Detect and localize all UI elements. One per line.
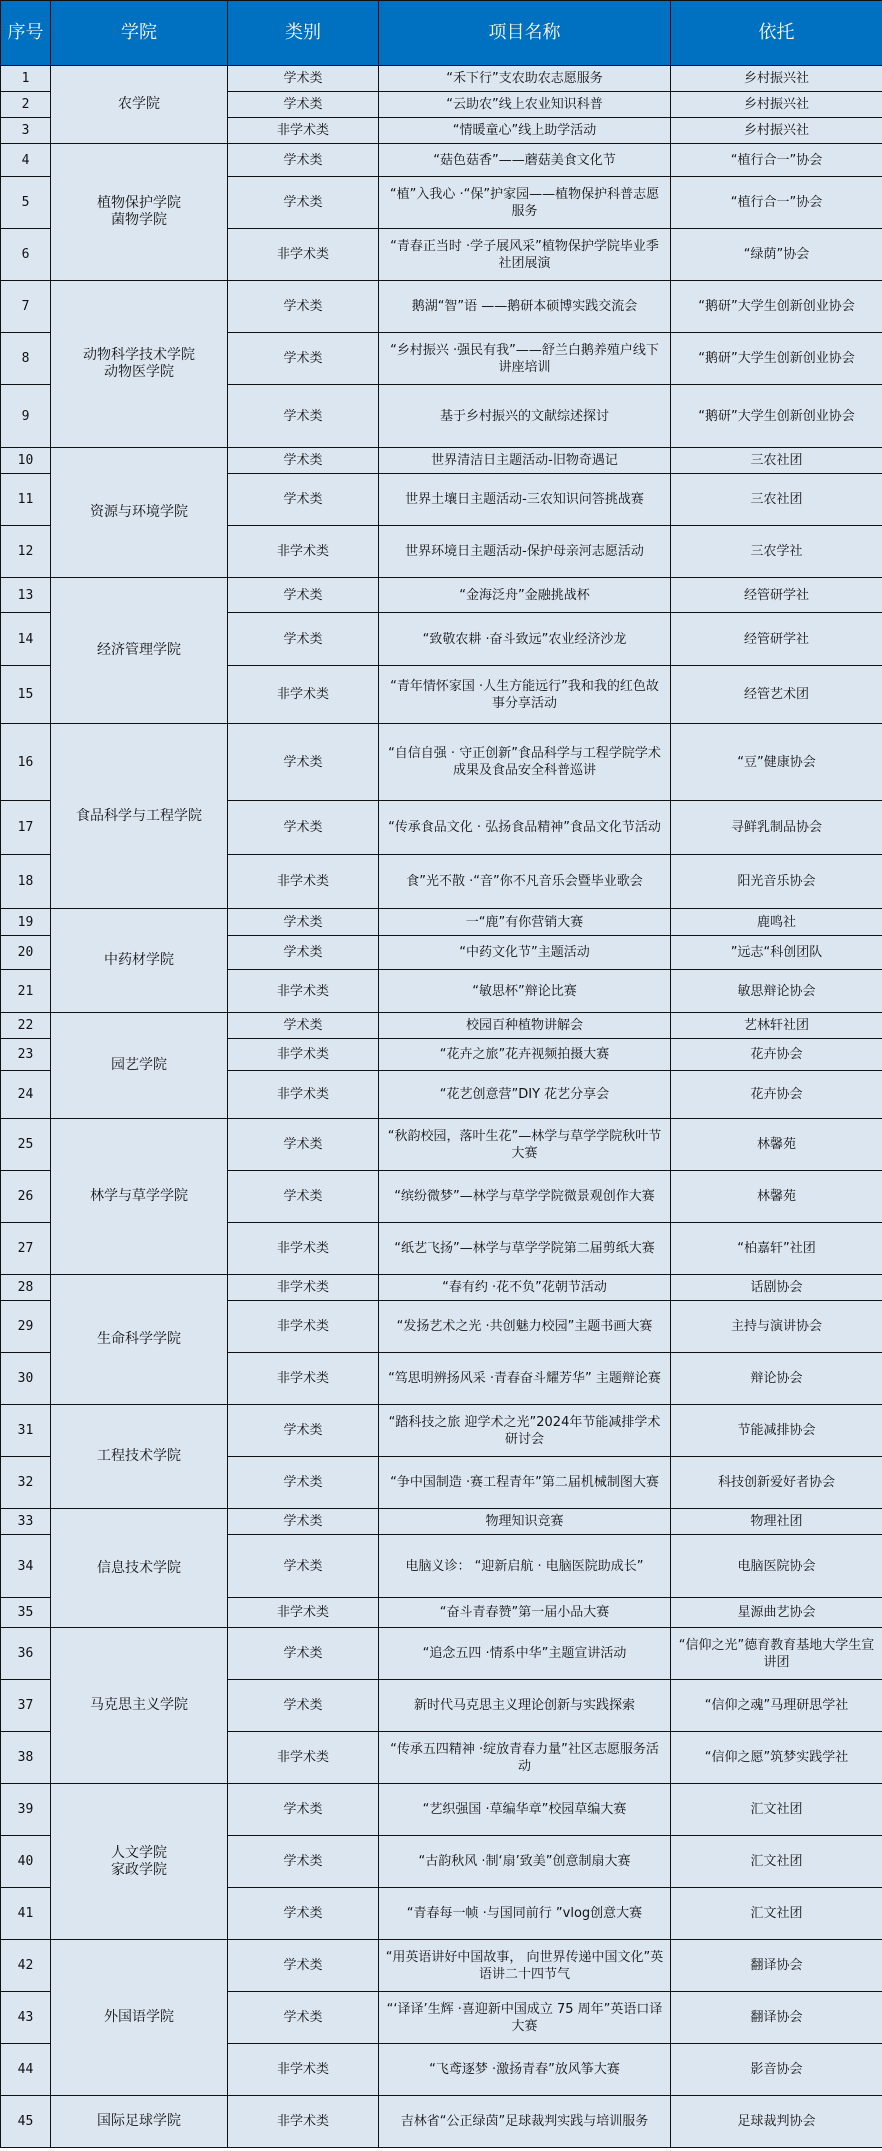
row-index: 24 (1, 1071, 51, 1119)
project-name-cell: 食”光不散 ·“音”你不凡音乐会暨毕业歌会 (379, 855, 671, 909)
college-name-line: 信息技术学院 (57, 1560, 221, 1577)
project-name-cell: 基于乡村振兴的文献综述探讨 (379, 385, 671, 448)
organization-cell: 汇文社团 (671, 1888, 882, 1940)
organization-cell: 阳光音乐协会 (671, 855, 882, 909)
organization-cell: 经管艺术团 (671, 666, 882, 724)
category-cell: 学术类 (228, 1680, 379, 1732)
category-cell: 学术类 (228, 144, 379, 177)
category-cell: 学术类 (228, 177, 379, 229)
table-row: 36马克思主义学院学术类“追念五四 ·情系中华”主题宣讲活动“信仰之光”德育教育… (1, 1628, 882, 1680)
row-index: 15 (1, 666, 51, 724)
organization-cell: 林馨苑 (671, 1119, 882, 1171)
college-cell: 工程技术学院 (51, 1405, 228, 1509)
organization-cell: 节能减排协会 (671, 1405, 882, 1457)
table-row: 16食品科学与工程学院学术类“自信自强 · 守正创新”食品科学与工程学院学术成果… (1, 724, 882, 801)
row-index: 1 (1, 66, 51, 92)
category-cell: 学术类 (228, 474, 379, 526)
row-index: 41 (1, 1888, 51, 1940)
organization-cell: 电脑医院协会 (671, 1535, 882, 1598)
row-index: 6 (1, 229, 51, 281)
college-name-line: 马克思主义学院 (57, 1697, 221, 1714)
category-cell: 学术类 (228, 578, 379, 613)
row-index: 29 (1, 1301, 51, 1353)
organization-cell: 三农社团 (671, 474, 882, 526)
category-cell: 非学术类 (228, 855, 379, 909)
organization-cell: “鹅研”大学生创新创业协会 (671, 333, 882, 385)
college-name-line: 食品科学与工程学院 (57, 808, 221, 825)
row-index: 30 (1, 1353, 51, 1405)
project-name-cell: “传承五四精神 ·绽放青春力量”社区志愿服务活动 (379, 1732, 671, 1784)
project-name-cell: “缤纷微梦”—林学与草学学院微景观创作大赛 (379, 1171, 671, 1223)
organization-cell: 汇文社团 (671, 1836, 882, 1888)
category-cell: 学术类 (228, 92, 379, 118)
row-index: 9 (1, 385, 51, 448)
project-name-cell: “金海泛舟”金融挑战杯 (379, 578, 671, 613)
category-cell: 非学术类 (228, 2096, 379, 2148)
row-index: 23 (1, 1039, 51, 1071)
organization-cell: 影音协会 (671, 2044, 882, 2096)
project-name-cell: “争中国制造 ·赛工程青年”第二届机械制图大赛 (379, 1457, 671, 1509)
row-index: 35 (1, 1598, 51, 1628)
college-name-line: 经济管理学院 (57, 642, 221, 659)
organization-cell: 花卉协会 (671, 1039, 882, 1071)
organization-cell: “植行合一”协会 (671, 177, 882, 229)
organization-cell: 经管研学社 (671, 613, 882, 666)
organization-cell: 话剧协会 (671, 1275, 882, 1301)
row-index: 36 (1, 1628, 51, 1680)
project-name-cell: 校园百种植物讲解会 (379, 1013, 671, 1039)
college-name-line: 工程技术学院 (57, 1448, 221, 1465)
category-cell: 学术类 (228, 724, 379, 801)
row-index: 22 (1, 1013, 51, 1039)
college-name-line: 外国语学院 (57, 2009, 221, 2026)
project-name-cell: 世界清洁日主题活动-旧物奇遇记 (379, 448, 671, 474)
organization-cell: 敏思辩论协会 (671, 970, 882, 1013)
table-row: 39人文学院家政学院学术类“艺织强国 ·草编华章”校园草编大赛汇文社团 (1, 1784, 882, 1836)
project-name-cell: “花卉之旅”花卉视频拍摄大赛 (379, 1039, 671, 1071)
organization-cell: 乡村振兴社 (671, 66, 882, 92)
college-name-line: 菌物学院 (57, 212, 221, 229)
college-name-line: 家政学院 (57, 1862, 221, 1879)
category-cell: 非学术类 (228, 666, 379, 724)
organization-cell: “柏嘉轩”社团 (671, 1223, 882, 1275)
category-cell: 学术类 (228, 281, 379, 333)
project-name-cell: “情暖童心”线上助学活动 (379, 118, 671, 144)
project-name-cell: “青春每一帧 ·与国同前行 ”vlog创意大赛 (379, 1888, 671, 1940)
organization-cell: “信仰之愿”筑梦实践学社 (671, 1732, 882, 1784)
college-cell: 外国语学院 (51, 1940, 228, 2096)
category-cell: 学术类 (228, 1509, 379, 1535)
college-cell: 人文学院家政学院 (51, 1784, 228, 1940)
project-name-cell: “纸艺飞扬”—林学与草学学院第二届剪纸大赛 (379, 1223, 671, 1275)
project-name-cell: 吉林省“公正绿茵”足球裁判实践与培训服务 (379, 2096, 671, 2148)
organization-cell: 辩论协会 (671, 1353, 882, 1405)
project-name-cell: 一“鹿”有你营销大赛 (379, 909, 671, 936)
organization-cell: 物理社团 (671, 1509, 882, 1535)
project-name-cell: “中药文化节”主题活动 (379, 936, 671, 970)
college-name-line: 中药材学院 (57, 952, 221, 969)
organization-cell: 鹿鸣社 (671, 909, 882, 936)
college-name-line: 人文学院 (57, 1845, 221, 1862)
table-row: 45国际足球学院非学术类吉林省“公正绿茵”足球裁判实践与培训服务足球裁判协会 (1, 2096, 882, 2148)
college-cell: 经济管理学院 (51, 578, 228, 724)
category-cell: 学术类 (228, 1535, 379, 1598)
college-cell: 林学与草学学院 (51, 1119, 228, 1275)
category-cell: 非学术类 (228, 970, 379, 1013)
category-cell: 非学术类 (228, 1223, 379, 1275)
project-name-cell: “青年情怀家国 ·人生方能远行”我和我的红色故事分享活动 (379, 666, 671, 724)
row-index: 18 (1, 855, 51, 909)
organization-cell: 乡村振兴社 (671, 118, 882, 144)
project-name-cell: “飞鸢逐梦 ·激扬青春”放风筝大赛 (379, 2044, 671, 2096)
table-row: 31工程技术学院学术类“踏科技之旅 迎学术之光”2024年节能减排学术研讨会节能… (1, 1405, 882, 1457)
category-cell: 非学术类 (228, 1039, 379, 1071)
row-index: 26 (1, 1171, 51, 1223)
organization-cell: 星源曲艺协会 (671, 1598, 882, 1628)
row-index: 42 (1, 1940, 51, 1992)
project-name-cell: 新时代马克思主义理论创新与实践探索 (379, 1680, 671, 1732)
header-index: 序号 (1, 1, 51, 66)
row-index: 3 (1, 118, 51, 144)
table-row: 28生命科学学院非学术类“春有约 ·花不负”花朝节活动话剧协会 (1, 1275, 882, 1301)
project-name-cell: 物理知识竞赛 (379, 1509, 671, 1535)
row-index: 5 (1, 177, 51, 229)
project-name-cell: “致敬农耕 ·奋斗致远”农业经济沙龙 (379, 613, 671, 666)
row-index: 43 (1, 1992, 51, 2044)
organization-cell: 翻译协会 (671, 1992, 882, 2044)
category-cell: 学术类 (228, 333, 379, 385)
college-cell: 信息技术学院 (51, 1509, 228, 1628)
college-name-line: 园艺学院 (57, 1057, 221, 1074)
college-name-line: 动物医学院 (57, 364, 221, 381)
category-cell: 非学术类 (228, 1275, 379, 1301)
table-row: 22园艺学院学术类校园百种植物讲解会艺林轩社团 (1, 1013, 882, 1039)
row-index: 8 (1, 333, 51, 385)
organization-cell: 足球裁判协会 (671, 2096, 882, 2148)
project-name-cell: “传承食品文化 · 弘扬食品精神”食品文化节活动 (379, 801, 671, 855)
project-name-cell: “植”入我心 ·“保”护家园——植物保护科普志愿服务 (379, 177, 671, 229)
project-name-cell: “追念五四 ·情系中华”主题宣讲活动 (379, 1628, 671, 1680)
row-index: 21 (1, 970, 51, 1013)
row-index: 31 (1, 1405, 51, 1457)
organization-cell: “信仰之魂”马理研思学社 (671, 1680, 882, 1732)
row-index: 20 (1, 936, 51, 970)
organization-cell: 主持与演讲协会 (671, 1301, 882, 1353)
row-index: 28 (1, 1275, 51, 1301)
college-name-line: 林学与草学学院 (57, 1188, 221, 1205)
college-cell: 资源与环境学院 (51, 448, 228, 578)
activity-table: 序号 学院 类别 项目名称 依托 1农学院学术类“禾下行”支农助农志愿服务乡村振… (0, 0, 882, 2148)
row-index: 45 (1, 2096, 51, 2148)
category-cell: 非学术类 (228, 526, 379, 578)
project-name-cell: “菇色菇香”——蘑菇美食文化节 (379, 144, 671, 177)
row-index: 25 (1, 1119, 51, 1171)
row-index: 44 (1, 2044, 51, 2096)
organization-cell: 乡村振兴社 (671, 92, 882, 118)
category-cell: 学术类 (228, 1628, 379, 1680)
college-name-line: 资源与环境学院 (57, 504, 221, 521)
table-row: 10资源与环境学院学术类世界清洁日主题活动-旧物奇遇记三农社团 (1, 448, 882, 474)
category-cell: 学术类 (228, 1171, 379, 1223)
row-index: 16 (1, 724, 51, 801)
project-name-cell: “笃思明辨扬风采 ·青春奋斗耀芳华” 主题辩论赛 (379, 1353, 671, 1405)
organization-cell: 艺林轩社团 (671, 1013, 882, 1039)
college-name-line: 生命科学学院 (57, 1331, 221, 1348)
table-row: 1农学院学术类“禾下行”支农助农志愿服务乡村振兴社 (1, 66, 882, 92)
table-row: 13经济管理学院学术类“金海泛舟”金融挑战杯经管研学社 (1, 578, 882, 613)
category-cell: 非学术类 (228, 229, 379, 281)
organization-cell: “豆”健康协会 (671, 724, 882, 801)
row-index: 11 (1, 474, 51, 526)
organization-cell: “绿荫”协会 (671, 229, 882, 281)
organization-cell: ”远志“科创团队 (671, 936, 882, 970)
organization-cell: 汇文社团 (671, 1784, 882, 1836)
row-index: 14 (1, 613, 51, 666)
row-index: 37 (1, 1680, 51, 1732)
organization-cell: 花卉协会 (671, 1071, 882, 1119)
header-organization: 依托 (671, 1, 882, 66)
project-name-cell: “云助农”线上农业知识科普 (379, 92, 671, 118)
college-cell: 马克思主义学院 (51, 1628, 228, 1784)
organization-cell: “植行合一”协会 (671, 144, 882, 177)
category-cell: 非学术类 (228, 1598, 379, 1628)
row-index: 2 (1, 92, 51, 118)
row-index: 19 (1, 909, 51, 936)
category-cell: 学术类 (228, 1457, 379, 1509)
row-index: 33 (1, 1509, 51, 1535)
college-cell: 农学院 (51, 66, 228, 144)
college-cell: 食品科学与工程学院 (51, 724, 228, 909)
college-cell: 植物保护学院菌物学院 (51, 144, 228, 281)
category-cell: 非学术类 (228, 1732, 379, 1784)
category-cell: 学术类 (228, 1940, 379, 1992)
table-row: 42外国语学院学术类“用英语讲好中国故事， 向世界传递中国文化”英语讲二十四节气… (1, 1940, 882, 1992)
category-cell: 学术类 (228, 385, 379, 448)
project-name-cell: “青春正当时 ·学子展风采”植物保护学院毕业季社团展演 (379, 229, 671, 281)
category-cell: 学术类 (228, 1119, 379, 1171)
category-cell: 学术类 (228, 909, 379, 936)
table-row: 19中药材学院学术类一“鹿”有你营销大赛鹿鸣社 (1, 909, 882, 936)
category-cell: 非学术类 (228, 2044, 379, 2096)
category-cell: 学术类 (228, 1405, 379, 1457)
college-cell: 生命科学学院 (51, 1275, 228, 1405)
row-index: 17 (1, 801, 51, 855)
project-name-cell: 鹅湖“智”语 ——鹅研本硕博实践交流会 (379, 281, 671, 333)
project-name-cell: “‘译译’生辉 ·喜迎新中国成立 75 周年”英语口译大赛 (379, 1992, 671, 2044)
college-name-line: 植物保护学院 (57, 195, 221, 212)
organization-cell: 林馨苑 (671, 1171, 882, 1223)
project-name-cell: “艺织强国 ·草编华章”校园草编大赛 (379, 1784, 671, 1836)
header-college: 学院 (51, 1, 228, 66)
college-cell: 国际足球学院 (51, 2096, 228, 2148)
project-name-cell: “奋斗青春赞”第一届小品大赛 (379, 1598, 671, 1628)
project-name-cell: “秋韵校园，落叶生花”—林学与草学学院秋叶节大赛 (379, 1119, 671, 1171)
category-cell: 非学术类 (228, 118, 379, 144)
row-index: 32 (1, 1457, 51, 1509)
project-name-cell: “自信自强 · 守正创新”食品科学与工程学院学术成果及食品安全科普巡讲 (379, 724, 671, 801)
table-row: 4植物保护学院菌物学院学术类“菇色菇香”——蘑菇美食文化节“植行合一”协会 (1, 144, 882, 177)
project-name-cell: “踏科技之旅 迎学术之光”2024年节能减排学术研讨会 (379, 1405, 671, 1457)
row-index: 39 (1, 1784, 51, 1836)
project-name-cell: 世界土壤日主题活动-三农知识问答挑战赛 (379, 474, 671, 526)
college-cell: 中药材学院 (51, 909, 228, 1013)
category-cell: 非学术类 (228, 1301, 379, 1353)
college-cell: 动物科学技术学院动物医学院 (51, 281, 228, 448)
row-index: 10 (1, 448, 51, 474)
college-name-line: 农学院 (57, 96, 221, 113)
organization-cell: 科技创新爱好者协会 (671, 1457, 882, 1509)
table-body: 1农学院学术类“禾下行”支农助农志愿服务乡村振兴社2学术类“云助农”线上农业知识… (1, 66, 882, 2148)
header-row: 序号 学院 类别 项目名称 依托 (1, 1, 882, 66)
category-cell: 学术类 (228, 1784, 379, 1836)
organization-cell: “信仰之光”德育教育基地大学生宣讲团 (671, 1628, 882, 1680)
category-cell: 学术类 (228, 936, 379, 970)
category-cell: 学术类 (228, 66, 379, 92)
college-name-line: 国际足球学院 (57, 2113, 221, 2130)
header-project-name: 项目名称 (379, 1, 671, 66)
project-name-cell: “发扬艺术之光 ·共创魅力校园”主题书画大赛 (379, 1301, 671, 1353)
row-index: 12 (1, 526, 51, 578)
project-name-cell: “花艺创意营”DIY 花艺分享会 (379, 1071, 671, 1119)
row-index: 27 (1, 1223, 51, 1275)
project-name-cell: “春有约 ·花不负”花朝节活动 (379, 1275, 671, 1301)
organization-cell: “鹅研”大学生创新创业协会 (671, 281, 882, 333)
table-row: 33信息技术学院学术类物理知识竞赛物理社团 (1, 1509, 882, 1535)
organization-cell: 三农社团 (671, 448, 882, 474)
project-name-cell: “用英语讲好中国故事， 向世界传递中国文化”英语讲二十四节气 (379, 1940, 671, 1992)
row-index: 7 (1, 281, 51, 333)
category-cell: 学术类 (228, 1013, 379, 1039)
row-index: 13 (1, 578, 51, 613)
project-name-cell: “敏思杯”辩论比赛 (379, 970, 671, 1013)
project-name-cell: 电脑义诊： “迎新启航 · 电脑医院助成长” (379, 1535, 671, 1598)
row-index: 4 (1, 144, 51, 177)
organization-cell: 翻译协会 (671, 1940, 882, 1992)
category-cell: 学术类 (228, 1836, 379, 1888)
category-cell: 学术类 (228, 1992, 379, 2044)
organization-cell: “鹅研”大学生创新创业协会 (671, 385, 882, 448)
organization-cell: 寻鲜乳制品协会 (671, 801, 882, 855)
college-cell: 园艺学院 (51, 1013, 228, 1119)
category-cell: 学术类 (228, 1888, 379, 1940)
category-cell: 非学术类 (228, 1071, 379, 1119)
category-cell: 学术类 (228, 448, 379, 474)
project-name-cell: 世界环境日主题活动-保护母亲河志愿活动 (379, 526, 671, 578)
row-index: 38 (1, 1732, 51, 1784)
category-cell: 学术类 (228, 613, 379, 666)
table-row: 25林学与草学学院学术类“秋韵校园，落叶生花”—林学与草学学院秋叶节大赛林馨苑 (1, 1119, 882, 1171)
project-name-cell: “禾下行”支农助农志愿服务 (379, 66, 671, 92)
table-row: 7动物科学技术学院动物医学院学术类鹅湖“智”语 ——鹅研本硕博实践交流会“鹅研”… (1, 281, 882, 333)
header-category: 类别 (228, 1, 379, 66)
project-name-cell: “乡村振兴 ·强民有我”——舒兰白鹅养殖户线下讲座培训 (379, 333, 671, 385)
category-cell: 非学术类 (228, 1353, 379, 1405)
organization-cell: 三农学社 (671, 526, 882, 578)
category-cell: 学术类 (228, 801, 379, 855)
project-name-cell: “古韵秋风 ·制‘扇’致美”创意制扇大赛 (379, 1836, 671, 1888)
row-index: 34 (1, 1535, 51, 1598)
organization-cell: 经管研学社 (671, 578, 882, 613)
row-index: 40 (1, 1836, 51, 1888)
college-name-line: 动物科学技术学院 (57, 347, 221, 364)
